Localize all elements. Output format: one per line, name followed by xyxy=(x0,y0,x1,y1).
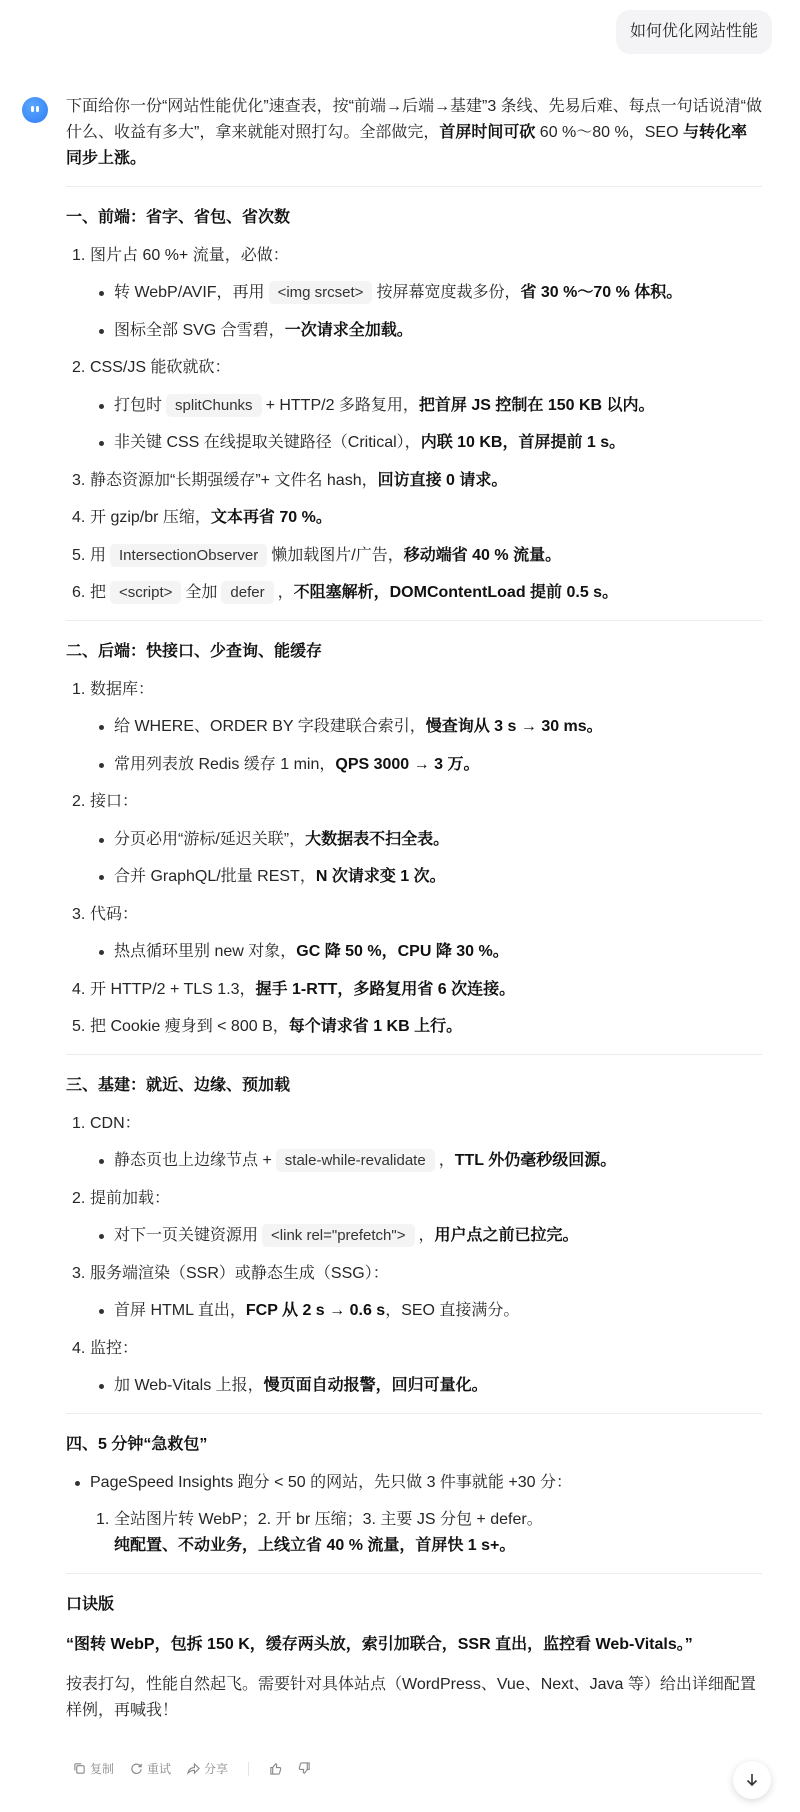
section-mnemonic: 口诀版 “图转 WebP，包拆 150 K，缓存两头放，索引加联合，SSR 直出… xyxy=(66,1592,762,1724)
list-item: 5.用IntersectionObserver懒加载图片/广告，移动端省 40 … xyxy=(66,543,762,569)
list-item: 3.代码： xyxy=(66,902,762,928)
list-item: 3.服务端渲染（SSR）或静态生成（SSG）： xyxy=(66,1261,762,1287)
bullet-item: 静态页也上边缘节点 +stale-while-revalidate，TTL 外仍… xyxy=(66,1148,762,1174)
divider xyxy=(66,620,762,621)
section-title: 四、5 分钟“急救包” xyxy=(66,1432,762,1458)
section-backend: 二、后端：快接口、少查询、能缓存 1.数据库： 给 WHERE、ORDER BY… xyxy=(66,639,762,1040)
bullet-item: 图标全部 SVG 合雪碧，一次请求全加载。 xyxy=(66,318,762,344)
thumbs-up-icon xyxy=(269,1762,282,1775)
thumbs-down-button[interactable] xyxy=(298,1762,311,1775)
bullet-item: PageSpeed Insights 跑分 < 50 的网站，先只做 3 件事就… xyxy=(66,1470,762,1496)
inline-code: <img srcset> xyxy=(269,281,373,304)
user-message-bubble: 如何优化网站性能 xyxy=(616,10,772,54)
inline-code: IntersectionObserver xyxy=(110,544,267,567)
retry-button[interactable]: 重试 xyxy=(130,1760,171,1777)
action-separator xyxy=(248,1762,249,1776)
intro-paragraph: 下面给你一份“网站性能优化”速查表，按“前端→后端→基建”3 条线、先易后难、每… xyxy=(66,94,762,172)
mnemonic-quote: “图转 WebP，包拆 150 K，缓存两头放，索引加联合，SSR 直出，监控看… xyxy=(66,1632,762,1658)
list-item: 6.把<script>全加defer，不阻塞解析，DOMContentLoad … xyxy=(66,580,762,606)
closing-paragraph: 按表打勾，性能自然起飞。需要针对具体站点（WordPress、Vue、Next、… xyxy=(66,1672,762,1724)
assistant-answer: 下面给你一份“网站性能优化”速查表，按“前端→后端→基建”3 条线、先易后难、每… xyxy=(66,94,762,1724)
list-item: 4.开 HTTP/2 + TLS 1.3，握手 1-RTT，多路复用省 6 次连… xyxy=(66,977,762,1003)
bullet-item: 对下一页关键资源用<link rel="prefetch">，用户点之前已拉完。 xyxy=(66,1223,762,1249)
list-item: 2.接口： xyxy=(66,789,762,815)
bullet-item: 加 Web-Vitals 上报，慢页面自动报警，回归可量化。 xyxy=(66,1373,762,1399)
bullet-item: 转 WebP/AVIF，再用<img srcset>按屏幕宽度裁多份，省 30 … xyxy=(66,280,762,306)
bullet-item: 常用列表放 Redis 缓存 1 min，QPS 3000 → 3 万。 xyxy=(66,752,762,778)
scroll-to-bottom-button[interactable] xyxy=(733,1761,771,1799)
bullet-item: 分页必用“游标/延迟关联”，大数据表不扫全表。 xyxy=(66,827,762,853)
divider xyxy=(66,186,762,187)
section-title: 二、后端：快接口、少查询、能缓存 xyxy=(66,639,762,665)
share-icon xyxy=(187,1762,200,1775)
user-message-row: 如何优化网站性能 xyxy=(616,10,772,54)
assistant-avatar-icon xyxy=(22,97,48,123)
list-item: 4.监控： xyxy=(66,1336,762,1362)
arrow-down-icon xyxy=(744,1772,760,1788)
inline-code: <link rel="prefetch"> xyxy=(262,1224,414,1247)
list-item: 2.CSS/JS 能砍就砍： xyxy=(66,355,762,381)
divider xyxy=(66,1573,762,1574)
inline-code: <script> xyxy=(110,581,181,604)
share-button[interactable]: 分享 xyxy=(187,1760,228,1777)
list-item: 1.数据库： xyxy=(66,677,762,703)
list-item: 3.静态资源加“长期强缓存”+ 文件名 hash，回访直接 0 请求。 xyxy=(66,468,762,494)
inline-code: defer xyxy=(221,581,273,604)
bullet-item: 给 WHERE、ORDER BY 字段建联合索引，慢查询从 3 s → 30 m… xyxy=(66,714,762,740)
section-title: 三、基建：就近、边缘、预加载 xyxy=(66,1073,762,1099)
thumbs-up-button[interactable] xyxy=(269,1762,282,1775)
bullet-item: 非关键 CSS 在线提取关键路径（Critical），内联 10 KB，首屏提前… xyxy=(66,430,762,456)
section-quick-fix: 四、5 分钟“急救包” PageSpeed Insights 跑分 < 50 的… xyxy=(66,1432,762,1559)
thumbs-down-icon xyxy=(298,1762,311,1775)
list-item: 1.图片占 60 %+ 流量，必做： xyxy=(66,243,762,269)
inline-code: stale-while-revalidate xyxy=(276,1149,435,1172)
bullet-item: 打包时splitChunks+ HTTP/2 多路复用，把首屏 JS 控制在 1… xyxy=(66,393,762,419)
list-item: 2.提前加载： xyxy=(66,1186,762,1212)
section-infrastructure: 三、基建：就近、边缘、预加载 1.CDN： 静态页也上边缘节点 +stale-w… xyxy=(66,1073,762,1399)
copy-button[interactable]: 复制 xyxy=(73,1760,114,1777)
retry-icon xyxy=(130,1762,143,1775)
section-title: 一、前端：省字、省包、省次数 xyxy=(66,205,762,231)
inline-code: splitChunks xyxy=(166,394,262,417)
section-title: 口诀版 xyxy=(66,1592,762,1618)
bullet-item: 热点循环里别 new 对象，GC 降 50 %，CPU 降 30 %。 xyxy=(66,939,762,965)
divider xyxy=(66,1054,762,1055)
list-item: 5.把 Cookie 瘦身到 < 800 B，每个请求省 1 KB 上行。 xyxy=(66,1014,762,1040)
divider xyxy=(66,1413,762,1414)
bullet-item: 首屏 HTML 直出，FCP 从 2 s → 0.6 s，SEO 直接满分。 xyxy=(66,1298,762,1324)
message-actions: 复制 重试 分享 xyxy=(73,1760,311,1777)
copy-icon xyxy=(73,1762,86,1775)
list-item: 1.全站图片转 WebP；2. 开 br 压缩；3. 主要 JS 分包 + de… xyxy=(66,1507,762,1559)
section-frontend: 一、前端：省字、省包、省次数 1.图片占 60 %+ 流量，必做： 转 WebP… xyxy=(66,205,762,606)
list-item: 1.CDN： xyxy=(66,1111,762,1137)
list-item: 4.开 gzip/br 压缩，文本再省 70 %。 xyxy=(66,505,762,531)
bullet-item: 合并 GraphQL/批量 REST，N 次请求变 1 次。 xyxy=(66,864,762,890)
